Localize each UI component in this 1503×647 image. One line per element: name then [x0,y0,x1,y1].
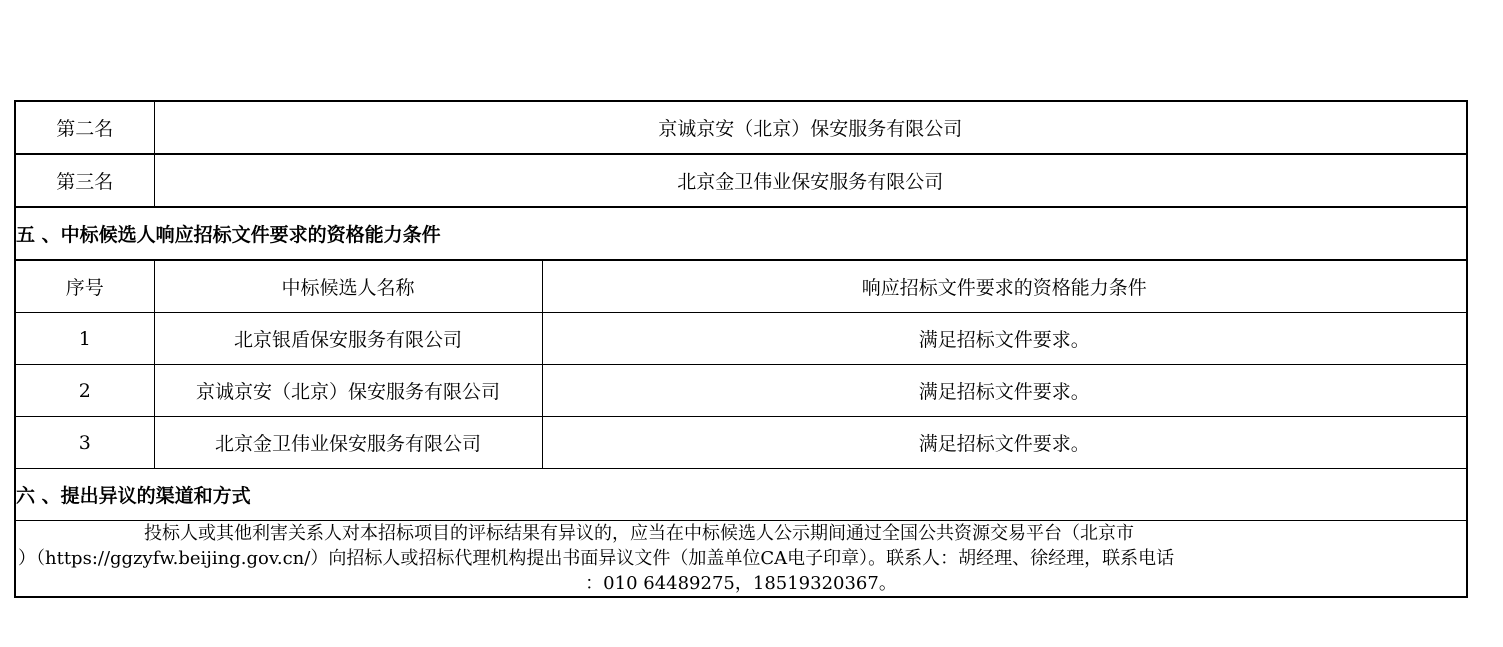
column-header-condition: 响应招标文件要求的资格能力条件 [542,260,1467,313]
section-five-heading-row: 五 、中标候选人响应招标文件要求的资格能力条件 [15,207,1467,260]
notice-line: ）（https://ggzyfw.beijing.gov.cn/）向招标人或招标… [18,546,1464,571]
ranking-row-second: 第二名 京诚京安（北京）保安服务有限公司 [15,101,1467,154]
table-row: 1 北京银盾保安服务有限公司 满足招标文件要求。 [15,313,1467,365]
section-six-heading: 六 、提出异议的渠道和方式 [15,469,1467,521]
candidate-name: 京诚京安（北京）保安服务有限公司 [154,365,542,417]
notice-line: ：010 64489275，18519320367。 [18,571,1464,596]
ranking-row-third: 第三名 北京金卫伟业保安服务有限公司 [15,154,1467,207]
rank-company: 北京金卫伟业保安服务有限公司 [154,154,1467,207]
qualification-header-row: 序号 中标候选人名称 响应招标文件要求的资格能力条件 [15,260,1467,313]
rank-label: 第三名 [15,154,154,207]
objection-notice-row: 投标人或其他利害关系人对本招标项目的评标结果有异议的，应当在中标候选人公示期间通… [15,521,1467,598]
objection-notice: 投标人或其他利害关系人对本招标项目的评标结果有异议的，应当在中标候选人公示期间通… [15,521,1467,598]
section-six-heading-row: 六 、提出异议的渠道和方式 [15,469,1467,521]
column-header-name: 中标候选人名称 [154,260,542,313]
table-row: 3 北京金卫伟业保安服务有限公司 满足招标文件要求。 [15,417,1467,469]
rank-company: 京诚京安（北京）保安服务有限公司 [154,101,1467,154]
candidate-name: 北京金卫伟业保安服务有限公司 [154,417,542,469]
row-number: 1 [15,313,154,365]
rank-label: 第二名 [15,101,154,154]
qualification-condition: 满足招标文件要求。 [542,365,1467,417]
candidate-name: 北京银盾保安服务有限公司 [154,313,542,365]
section-five-heading: 五 、中标候选人响应招标文件要求的资格能力条件 [15,207,1467,260]
bid-result-table: 第二名 京诚京安（北京）保安服务有限公司 第三名 北京金卫伟业保安服务有限公司 … [14,100,1468,598]
column-header-no: 序号 [15,260,154,313]
row-number: 2 [15,365,154,417]
table-row: 2 京诚京安（北京）保安服务有限公司 满足招标文件要求。 [15,365,1467,417]
qualification-condition: 满足招标文件要求。 [542,313,1467,365]
qualification-condition: 满足招标文件要求。 [542,417,1467,469]
notice-line: 投标人或其他利害关系人对本招标项目的评标结果有异议的，应当在中标候选人公示期间通… [18,521,1464,546]
row-number: 3 [15,417,154,469]
